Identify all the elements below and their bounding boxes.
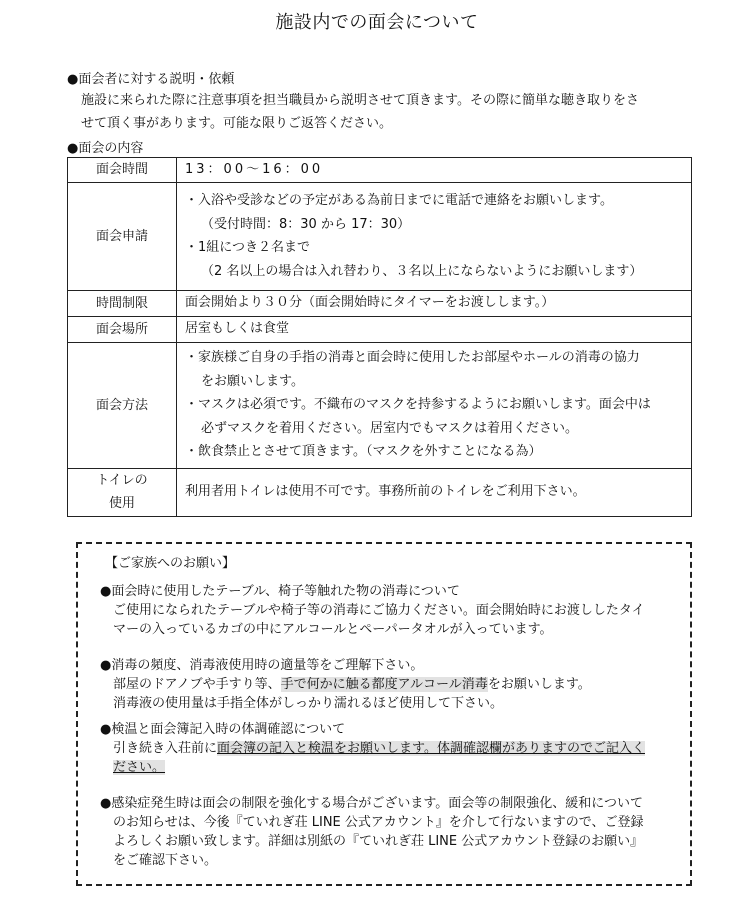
value-line: ・1組につき２名まで — [185, 236, 691, 260]
table-row: 時間制限 面会開始より３０分（面会開始時にタイマーをお渡しします。） — [68, 290, 692, 316]
notice-line: ご使用になられたテーブルや椅子等の消毒にご協力ください。面会開始時にお渡ししたタ… — [100, 601, 690, 620]
value-line: ・マスクは必須です。不織布のマスクを持参するようにお願いします。面会中は — [185, 393, 691, 417]
family-notice-box: 【ご家族へのお願い】 ●面会時に使用したテーブル、椅子等触れた物の消毒について … — [76, 542, 692, 886]
explanation-body: 施設に来られた際に注意事項を担当職員から説明させて頂きます。その際に簡単な聴き取… — [81, 89, 701, 135]
notice-line: のお知らせは、今後『ていれぎ荘 LINE 公式アカウント』を介して行ないますので… — [100, 813, 690, 832]
notice-item: ●検温と面会簿記入時の体調確認について 引き続き入荘前に面会簿の記入と検温をお願… — [100, 720, 690, 777]
notice-item: ●面会時に使用したテーブル、椅子等触れた物の消毒について ご使用になられたテーブ… — [100, 582, 690, 639]
table-row: 面会時間 13：00～16：00 — [68, 158, 692, 183]
text-span: をお願いします。 — [488, 677, 591, 692]
value-line: 必ずマスクを着用ください。居室内でもマスクは着用ください。 — [185, 417, 691, 441]
explanation-heading: ●面会者に対する説明・依頼 — [67, 68, 234, 87]
notice-item-heading: ●検温と面会簿記入時の体調確認について — [100, 720, 690, 739]
value-line: ・家族様ご自身の手指の消毒と面会時に使用したお部屋やホールの消毒の協力 — [185, 346, 691, 370]
row-value: 13：00～16：00 — [177, 158, 692, 183]
page-title: 施設内での面会について — [0, 8, 754, 34]
visit-hours: 13：00～16：00 — [185, 158, 691, 182]
row-value: 居室もしくは食堂 — [177, 316, 692, 342]
notice-line: 部屋のドアノブや手すり等、手で何かに触る都度アルコール消毒をお願いします。 — [100, 675, 690, 694]
underlined-text: 面会簿の記入と検温をお願いします。体調確認欄がありますのでご記入く — [217, 741, 645, 756]
row-label: 面会場所 — [68, 316, 177, 342]
notice-line: をご確認下さい。 — [100, 851, 690, 870]
explanation-line: 施設に来られた際に注意事項を担当職員から説明させて頂きます。その際に簡単な聴き取… — [81, 89, 701, 112]
row-label: 時間制限 — [68, 290, 177, 316]
text-span: 部屋のドアノブや手すり等、 — [113, 677, 281, 692]
content-heading: ●面会の内容 — [67, 137, 143, 156]
notice-item-heading: ●面会時に使用したテーブル、椅子等触れた物の消毒について — [100, 582, 690, 601]
row-label-line: トイレの — [68, 469, 176, 492]
value-line: をお願いします。 — [185, 370, 691, 394]
row-label: 面会方法 — [68, 342, 177, 468]
row-label: 面会申請 — [68, 182, 177, 290]
underlined-text: ださい。 — [113, 760, 165, 775]
notice-line: マーの入っているカゴの中にアルコールとペーパータオルが入っています。 — [100, 620, 690, 639]
text-span: 引き続き入荘前に — [113, 741, 217, 756]
explanation-line: せて頂く事があります。可能な限りご返答ください。 — [81, 112, 701, 135]
table-row: 面会場所 居室もしくは食堂 — [68, 316, 692, 342]
notice-line: ださい。 — [100, 758, 690, 777]
notice-line: 消毒液の使用量は手指全体がしっかり濡れるほど使用して下さい。 — [100, 694, 690, 713]
row-label: トイレの 使用 — [68, 468, 177, 516]
table-row: トイレの 使用 利用者用トイレは使用不可です。事務所前のトイレをご利用下さい。 — [68, 468, 692, 516]
notice-item-heading: ●消毒の頻度、消毒液使用時の適量等をご理解下さい。 — [100, 656, 690, 675]
notice-item: ●感染症発生時は面会の制限を強化する場合がございます。面会等の制限強化、緩和につ… — [100, 794, 690, 870]
notice-item-heading: ●感染症発生時は面会の制限を強化する場合がございます。面会等の制限強化、緩和につ… — [100, 794, 690, 813]
notice-title: 【ご家族へのお願い】 — [105, 552, 235, 571]
row-label: 面会時間 — [68, 158, 177, 183]
row-value: 利用者用トイレは使用不可です。事務所前のトイレをご利用下さい。 — [177, 468, 692, 516]
value-line: （受付時間：8：30 から 17：30） — [185, 213, 691, 237]
row-value: 面会開始より３０分（面会開始時にタイマーをお渡しします。） — [177, 290, 692, 316]
table-row: 面会方法 ・家族様ご自身の手指の消毒と面会時に使用したお部屋やホールの消毒の協力… — [68, 342, 692, 468]
notice-line: 引き続き入荘前に面会簿の記入と検温をお願いします。体調確認欄がありますのでご記入… — [100, 739, 690, 758]
value-line: ・入浴や受診などの予定がある為前日までに電話で連絡をお願いします。 — [185, 189, 691, 213]
value-line: （2 名以上の場合は入れ替わり、３名以上にならないようにお願いします） — [185, 260, 691, 284]
row-label-line: 使用 — [68, 492, 176, 515]
row-value: ・入浴や受診などの予定がある為前日までに電話で連絡をお願いします。 （受付時間：… — [177, 182, 692, 290]
value-line: ・飲食禁止とさせて頂きます。（マスクを外すことになる為） — [185, 440, 691, 464]
table-row: 面会申請 ・入浴や受診などの予定がある為前日までに電話で連絡をお願いします。 （… — [68, 182, 692, 290]
notice-item: ●消毒の頻度、消毒液使用時の適量等をご理解下さい。 部屋のドアノブや手すり等、手… — [100, 656, 690, 713]
visit-content-table: 面会時間 13：00～16：00 面会申請 ・入浴や受診などの予定がある為前日ま… — [67, 157, 692, 517]
highlighted-text: 手で何かに触る都度アルコール消毒 — [281, 677, 488, 692]
row-value: ・家族様ご自身の手指の消毒と面会時に使用したお部屋やホールの消毒の協力 をお願い… — [177, 342, 692, 468]
notice-line: よろしくお願い致します。詳細は別紙の『ていれぎ荘 LINE 公式アカウント登録の… — [100, 832, 690, 851]
